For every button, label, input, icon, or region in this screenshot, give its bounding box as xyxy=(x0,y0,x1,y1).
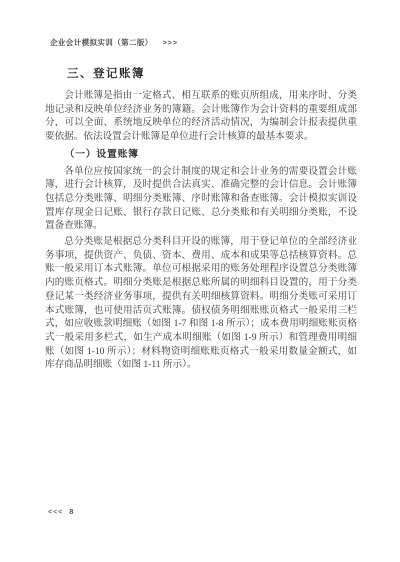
subsection-heading: （一）设置账簿 xyxy=(45,148,357,162)
section-heading: 三、登记账簿 xyxy=(67,65,145,81)
running-header-title: 企业会计模拟实训（第二版） xyxy=(50,37,153,48)
page-number: 8 xyxy=(69,507,73,516)
paragraph-intro: 会计账簿是指由一定格式、相互联系的账页所组成，用来序时、分类地记录和反映单位经济… xyxy=(45,89,357,144)
page-footer: <<< 8 xyxy=(48,507,73,516)
text-column: 会计账簿是指由一定格式、相互联系的账页所组成，用来序时、分类地记录和反映单位经济… xyxy=(45,89,357,372)
book-page: 企业会计模拟实训（第二版） >>> 三、登记账簿 会计账簿是指由一定格式、相互联… xyxy=(0,0,400,562)
paragraph-setup: 各单位应按国家统一的会计制度的规定和会计业务的需要设置会计账簿，进行会计核算，及… xyxy=(45,165,357,234)
footer-arrows-icon: <<< xyxy=(48,509,63,516)
running-header: 企业会计模拟实训（第二版） >>> xyxy=(50,37,178,48)
header-arrows-icon: >>> xyxy=(163,40,178,47)
paragraph-ledgers: 总分类账是根据总分类科目开设的账簿，用于登记单位的全部经济业务事项，提供资产、负… xyxy=(45,235,357,372)
